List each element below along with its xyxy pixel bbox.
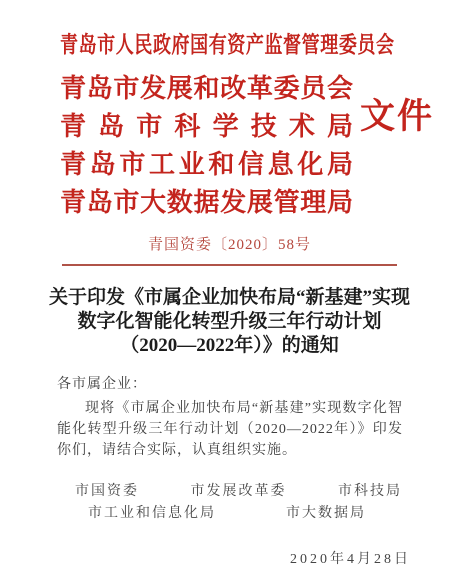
salutation: 各市属企业： — [57, 374, 403, 396]
signer-row-2: 市工业和信息化局 市大数据局 — [88, 503, 402, 525]
signing-agencies: 市国资委 市发展改革委 市科技局 市工业和信息化局 市大数据局 — [75, 481, 402, 525]
agency-name-block: 青岛市发展和改革委员会 青岛市科学技术局 青岛市工业和信息化局 青岛市大数据发展… — [60, 70, 459, 222]
signer-development-reform: 市发展改革委 — [191, 481, 287, 503]
title-line-1: 关于印发《市属企业加快布局“新基建”实现 — [28, 286, 431, 310]
signer-big-data: 市大数据局 — [286, 503, 366, 525]
signer-industry-it: 市工业和信息化局 — [88, 503, 216, 525]
body-paragraph: 现将《市属企业加快布局“新基建”实现数字化智能化转型升级三年行动计划（2020—… — [57, 398, 403, 461]
agency-name-industry-it: 青岛市工业和信息化局 — [60, 146, 353, 184]
letterhead: 青岛市人民政府国有资产监督管理委员会 青岛市发展和改革委员会 青岛市科学技术局 … — [60, 0, 459, 222]
document-body: 各市属企业： 现将《市属企业加快布局“新基建”实现数字化智能化转型升级三年行动计… — [57, 374, 403, 461]
document-number: 青国资委〔2020〕58号 — [0, 235, 459, 255]
title-line-2: 数字化智能化转型升级三年行动计划 — [28, 310, 431, 334]
signer-science-technology: 市科技局 — [338, 481, 402, 503]
signer-row-1: 市国资委 市发展改革委 市科技局 — [75, 481, 402, 503]
signer-sasac: 市国资委 — [75, 481, 139, 503]
document-date: 2020年4月28日 — [0, 551, 459, 566]
agency-name-development-reform: 青岛市发展和改革委员会 — [60, 70, 353, 108]
document-title: 关于印发《市属企业加快布局“新基建”实现 数字化智能化转型升级三年行动计划 （2… — [28, 286, 431, 358]
title-line-3: （2020—2022年）》的通知 — [28, 334, 431, 358]
agency-name-big-data: 青岛市大数据发展管理局 — [60, 184, 353, 222]
red-divider-line — [62, 264, 397, 266]
document-word-label: 文件 — [360, 99, 434, 134]
agency-name-sasac: 青岛市人民政府国有资产监督管理委员会 — [60, 30, 394, 60]
document-page: 青岛市人民政府国有资产监督管理委员会 青岛市发展和改革委员会 青岛市科学技术局 … — [0, 0, 459, 566]
agency-name-science-technology: 青岛市科学技术局 — [60, 108, 353, 146]
